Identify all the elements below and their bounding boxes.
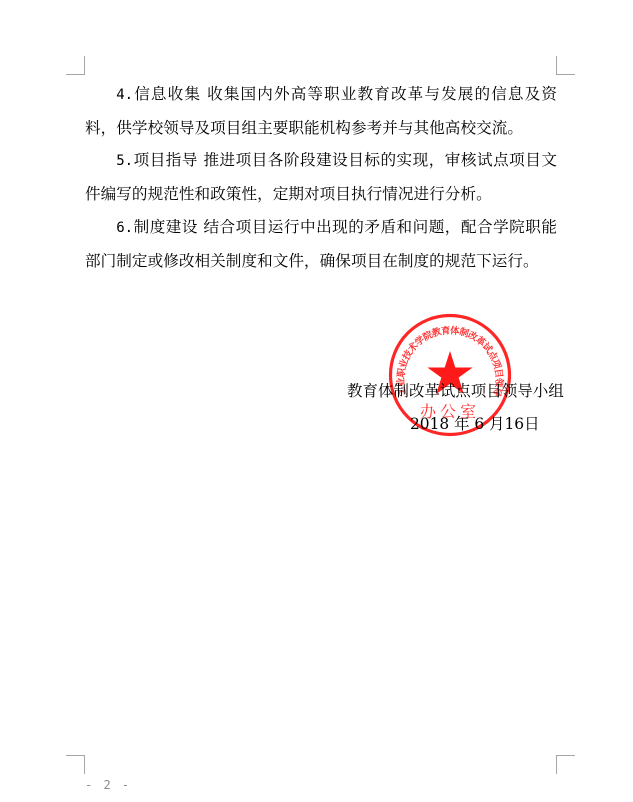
signature-date: 2018 年 6 月16日 [410,412,540,434]
page-corner-mark-bottom-right [556,755,575,774]
date-year-label: 年 [454,415,469,433]
paragraph-system-building: 6.制度建设 结合项目运行中出现的矛盾和问题，配合学院职能部门制定或修改相关制度… [85,211,557,277]
paragraph-project-guidance: 5.项目指导 推进项目各阶段建设目标的实现，审核试点项目文件编写的规范性和政策性… [85,144,557,210]
date-year: 2018 [410,415,449,433]
paragraph-heading: 信息收集 [133,85,201,103]
page-number: - 2 - [85,778,131,792]
date-day-label: 日 [524,415,539,433]
page-corner-mark-bottom-left [66,755,85,774]
document-body: 4.信息收集 收集国内外高等职业教育改革与发展的信息及资料，供学校领导及项目组主… [85,78,557,277]
date-day: 16 [505,415,525,433]
date-month-label: 月 [489,415,504,433]
paragraph-heading: 制度建设 [133,218,198,236]
page-corner-mark-top-right [556,56,575,75]
paragraph-number: 4. [116,87,133,103]
signature-organization: 教育体制改革试点项目领导小组 [347,379,564,401]
paragraph-info-collection: 4.信息收集 收集国内外高等职业教育改革与发展的信息及资料，供学校领导及项目组主… [85,78,557,144]
date-month: 6 [474,415,484,433]
paragraph-number: 5. [116,153,133,169]
page-corner-mark-top-left [66,56,85,75]
paragraph-number: 6. [116,220,133,236]
paragraph-heading: 项目指导 [133,151,198,169]
